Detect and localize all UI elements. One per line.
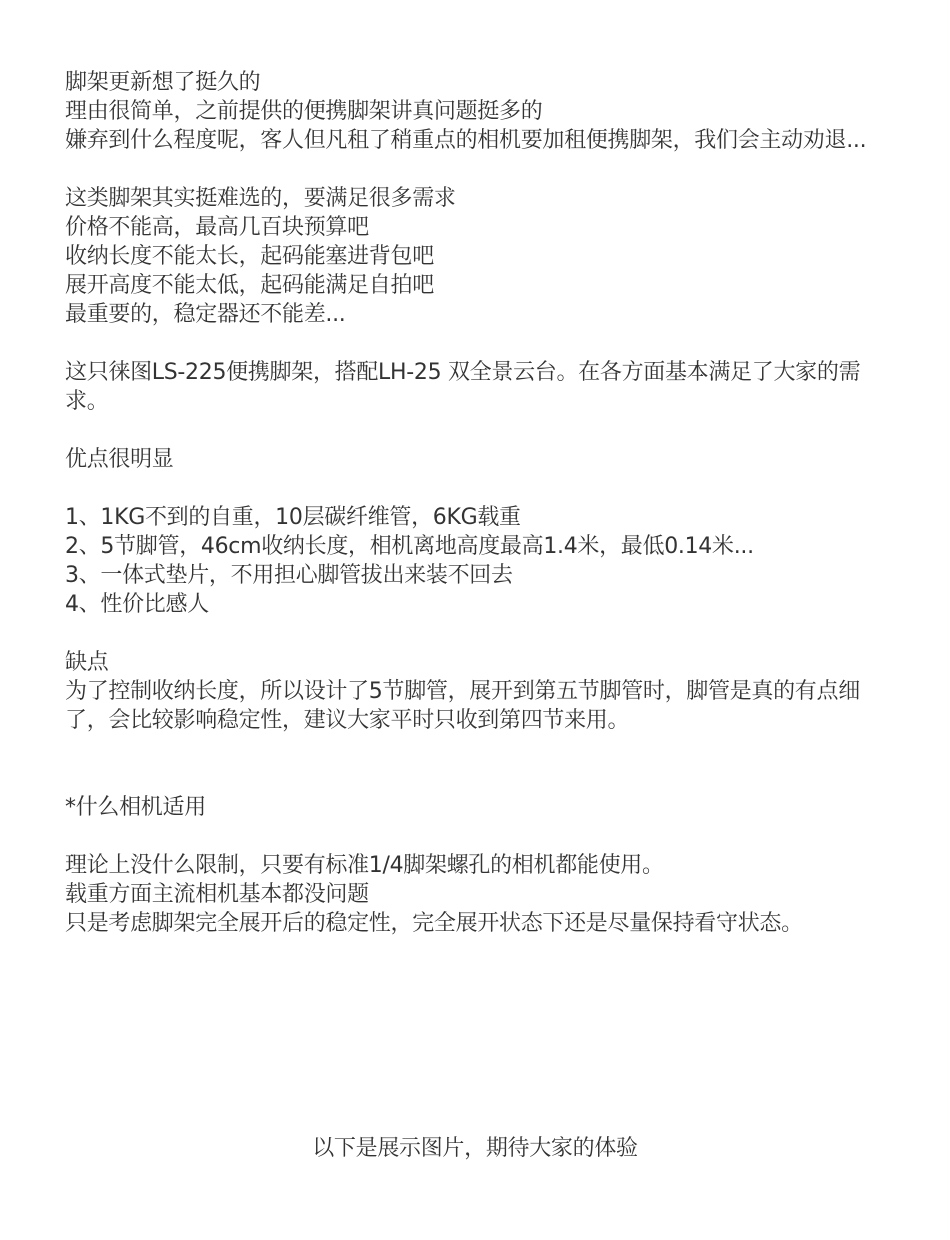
article-body: 脚架更新想了挺久的 理由很简单，之前提供的便携脚架讲真问题挺多的 嫌弃到什么程度… (65, 68, 895, 938)
intro-line: 脚架更新想了挺久的 (65, 68, 895, 97)
requirement-line: 价格不能高，最高几百块预算吧 (65, 213, 895, 242)
requirement-line: 收纳长度不能太长，起码能塞进背包吧 (65, 242, 895, 271)
pros-item: 2、5节脚管，46cm收纳长度，相机离地高度最高1.4米，最低0.14米... (65, 532, 895, 561)
compat-item: 只是考虑脚架完全展开后的稳定性，完全展开状态下还是尽量保持看守状态。 (65, 909, 895, 938)
intro-line: 嫌弃到什么程度呢，客人但凡租了稍重点的相机要加租便携脚架，我们会主动劝退... (65, 126, 895, 155)
cons-heading: 缺点 (65, 648, 895, 677)
requirement-line: 展开高度不能太低，起码能满足自拍吧 (65, 271, 895, 300)
compat-heading: *什么相机适用 (65, 793, 895, 822)
pros-heading: 优点很明显 (65, 445, 895, 474)
pros-item: 1、1KG不到的自重，10层碳纤维管，6KG载重 (65, 503, 895, 532)
pros-item: 4、性价比感人 (65, 590, 895, 619)
intro-line: 理由很简单，之前提供的便携脚架讲真问题挺多的 (65, 97, 895, 126)
pros-item: 3、一体式垫片，不用担心脚管拔出来装不回去 (65, 561, 895, 590)
compat-item: 理论上没什么限制，只要有标准1/4脚架螺孔的相机都能使用。 (65, 851, 895, 880)
product-description: 这只徕图LS-225便携脚架，搭配LH-25 双全景云台。在各方面基本满足了大家… (65, 358, 895, 416)
footer-caption: 以下是展示图片，期待大家的体验 (0, 1134, 950, 1163)
compat-item: 载重方面主流相机基本都没问题 (65, 880, 895, 909)
requirement-line: 这类脚架其实挺难选的，要满足很多需求 (65, 184, 895, 213)
requirement-line: 最重要的，稳定器还不能差... (65, 300, 895, 329)
cons-text: 为了控制收纳长度，所以设计了5节脚管，展开到第五节脚管时，脚管是真的有点细了，会… (65, 677, 895, 735)
